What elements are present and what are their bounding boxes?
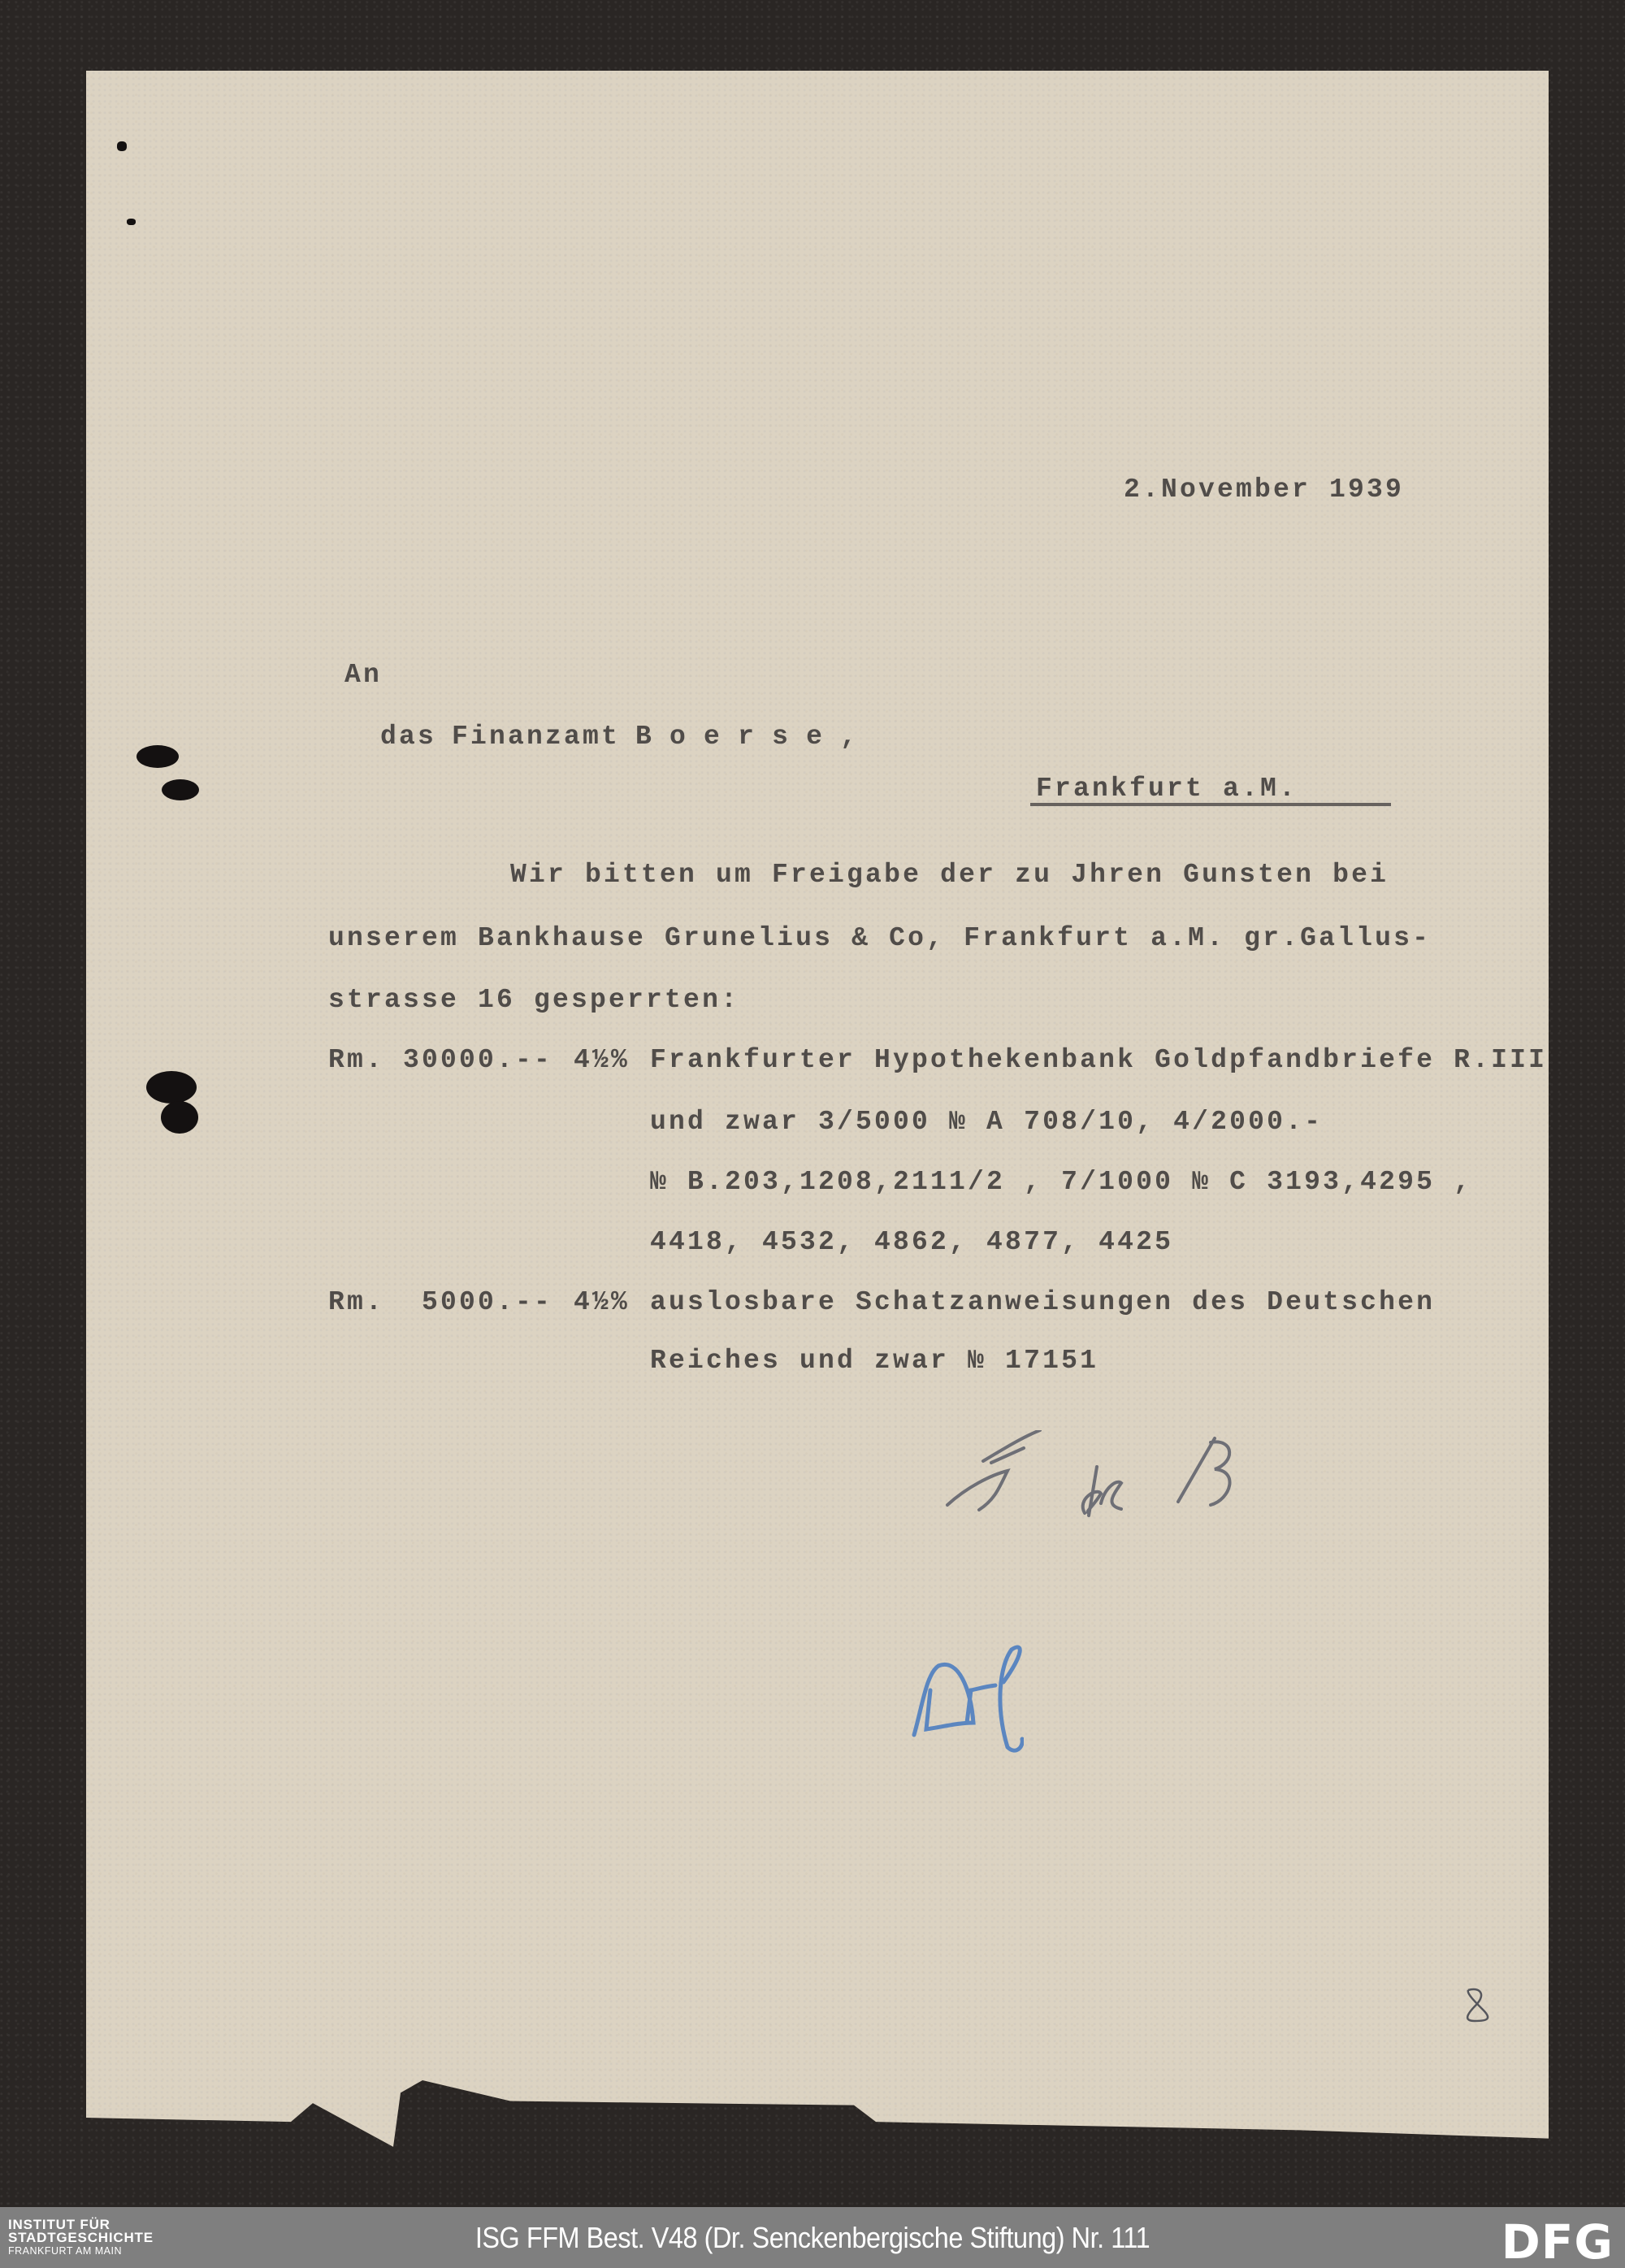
punch-hole	[146, 1071, 197, 1104]
item-line: № B.203,1208,2111/2 , 7/1000 № C 3193,42…	[650, 1167, 1472, 1197]
item-line: Frankfurter Hypothekenbank Goldpfandbrie…	[650, 1045, 1547, 1075]
item-amount: Rm. 5000.--	[328, 1287, 552, 1317]
body-line: strasse 16 gesperrten:	[328, 985, 739, 1015]
item-rate: 4½%	[574, 1287, 630, 1317]
punch-hole	[136, 745, 179, 768]
punch-hole	[162, 779, 199, 800]
city-underline	[1030, 803, 1391, 806]
item-amount: Rm. 30000.--	[328, 1045, 552, 1075]
recipient-city: Frankfurt a.M.	[1036, 774, 1298, 804]
body-line: unserem Bankhause Grunelius & Co, Frankf…	[328, 923, 1431, 953]
item-line: auslosbare Schatzanweisungen des Deutsch…	[650, 1287, 1435, 1317]
ink-mark	[117, 141, 127, 151]
ink-mark	[127, 219, 136, 225]
punch-hole	[161, 1101, 198, 1134]
page-number	[1458, 1987, 1499, 2027]
recipient-office: das Finanzamt B o e r s e ,	[380, 722, 859, 752]
item-line: Reiches und zwar № 17151	[650, 1346, 1098, 1376]
archive-footer: INSTITUT FÜR STADTGESCHICHTE FRANKFURT A…	[0, 2207, 1625, 2268]
blue-initials	[902, 1633, 1024, 1755]
letter-date: 2.November 1939	[1124, 475, 1404, 505]
archive-caption: ISG FFM Best. V48 (Dr. Senckenbergische …	[81, 2221, 1544, 2255]
body-line: Wir bitten um Freigabe der zu Jhren Guns…	[510, 860, 1389, 890]
salutation: An	[344, 660, 382, 690]
pencil-signature	[934, 1430, 1259, 1536]
dfg-logo: DFG	[1501, 2214, 1614, 2268]
item-line: 4418, 4532, 4862, 4877, 4425	[650, 1227, 1173, 1257]
item-line: und zwar 3/5000 № A 708/10, 4/2000.-	[650, 1107, 1323, 1137]
item-rate: 4½%	[574, 1045, 630, 1075]
